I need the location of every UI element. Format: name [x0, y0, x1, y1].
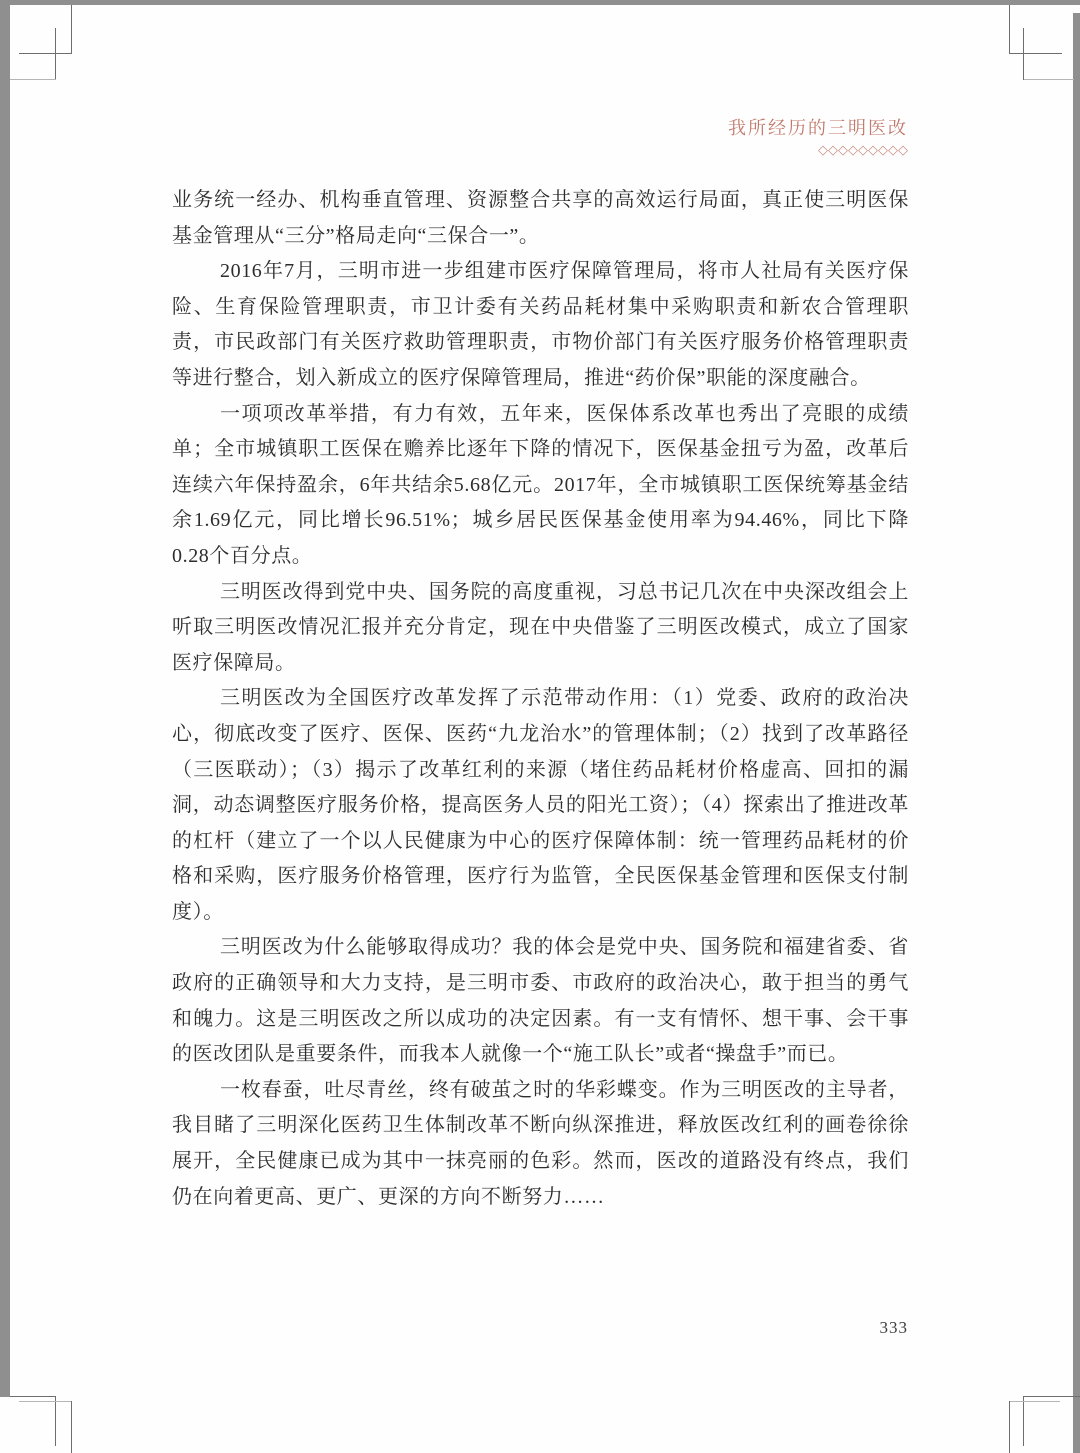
- paragraph: 一枚春蚕，吐尽青丝，终有破茧之时的华彩蝶变。作为三明医改的主导者，我目睹了三明深…: [172, 1073, 909, 1215]
- paragraph: 三明医改得到党中央、国务院的高度重视，习总书记几次在中央深改组会上听取三明医改情…: [172, 575, 909, 682]
- body-text: 业务统一经办、机构垂直管理、资源整合共享的高效运行局面，真正使三明医保基金管理从…: [172, 183, 909, 1215]
- paragraph: 三明医改为全国医疗改革发挥了示范带动作用：（1）党委、政府的政治决心，彻底改变了…: [172, 681, 909, 930]
- crop-mark-line: [1009, 53, 1062, 54]
- crop-mark-line: [19, 1401, 72, 1402]
- crop-mark-line: [55, 28, 56, 80]
- crop-mark-line: [19, 53, 72, 54]
- scan-edge-top: [0, 0, 1080, 5]
- crop-mark-line: [1024, 1396, 1080, 1397]
- running-head-title: 我所经历的三明医改: [172, 116, 908, 140]
- crop-mark-line: [1009, 5, 1010, 53]
- crop-mark-line: [55, 1396, 56, 1446]
- scan-edge-right: [1073, 13, 1080, 1453]
- crop-mark-line: [1023, 28, 1024, 80]
- paragraph: 2016年7月，三明市进一步组建市医疗保障管理局，将市人社局有关医疗保险、生育保…: [172, 254, 909, 396]
- crop-mark-line: [1009, 1401, 1060, 1402]
- paragraph: 业务统一经办、机构垂直管理、资源整合共享的高效运行局面，真正使三明医保基金管理从…: [172, 183, 909, 254]
- crop-mark-line: [10, 79, 56, 80]
- paragraph: 一项项改革举措，有力有效，五年来，医保体系改革也秀出了亮眼的成绩单；全市城镇职工…: [172, 397, 909, 575]
- paragraph: 三明医改为什么能够取得成功？我的体会是党中央、国务院和福建省委、省政府的正确领导…: [172, 930, 909, 1072]
- crop-mark-line: [1023, 1396, 1024, 1446]
- crop-mark-line: [1009, 1401, 1010, 1453]
- diamond-decoration-icon: ◇◇◇◇◇◇◇◇◇: [172, 142, 908, 157]
- running-head: 我所经历的三明医改 ◇◇◇◇◇◇◇◇◇: [172, 116, 908, 157]
- book-page: { "page": { "header": { "title": "我所经历的三…: [0, 0, 1080, 1453]
- crop-mark-line: [10, 1396, 56, 1397]
- crop-mark-line: [71, 1401, 72, 1453]
- crop-mark-line: [1024, 79, 1074, 80]
- crop-mark-line: [71, 5, 72, 53]
- page-number: 333: [172, 1318, 908, 1338]
- scan-edge-left: [0, 0, 10, 1397]
